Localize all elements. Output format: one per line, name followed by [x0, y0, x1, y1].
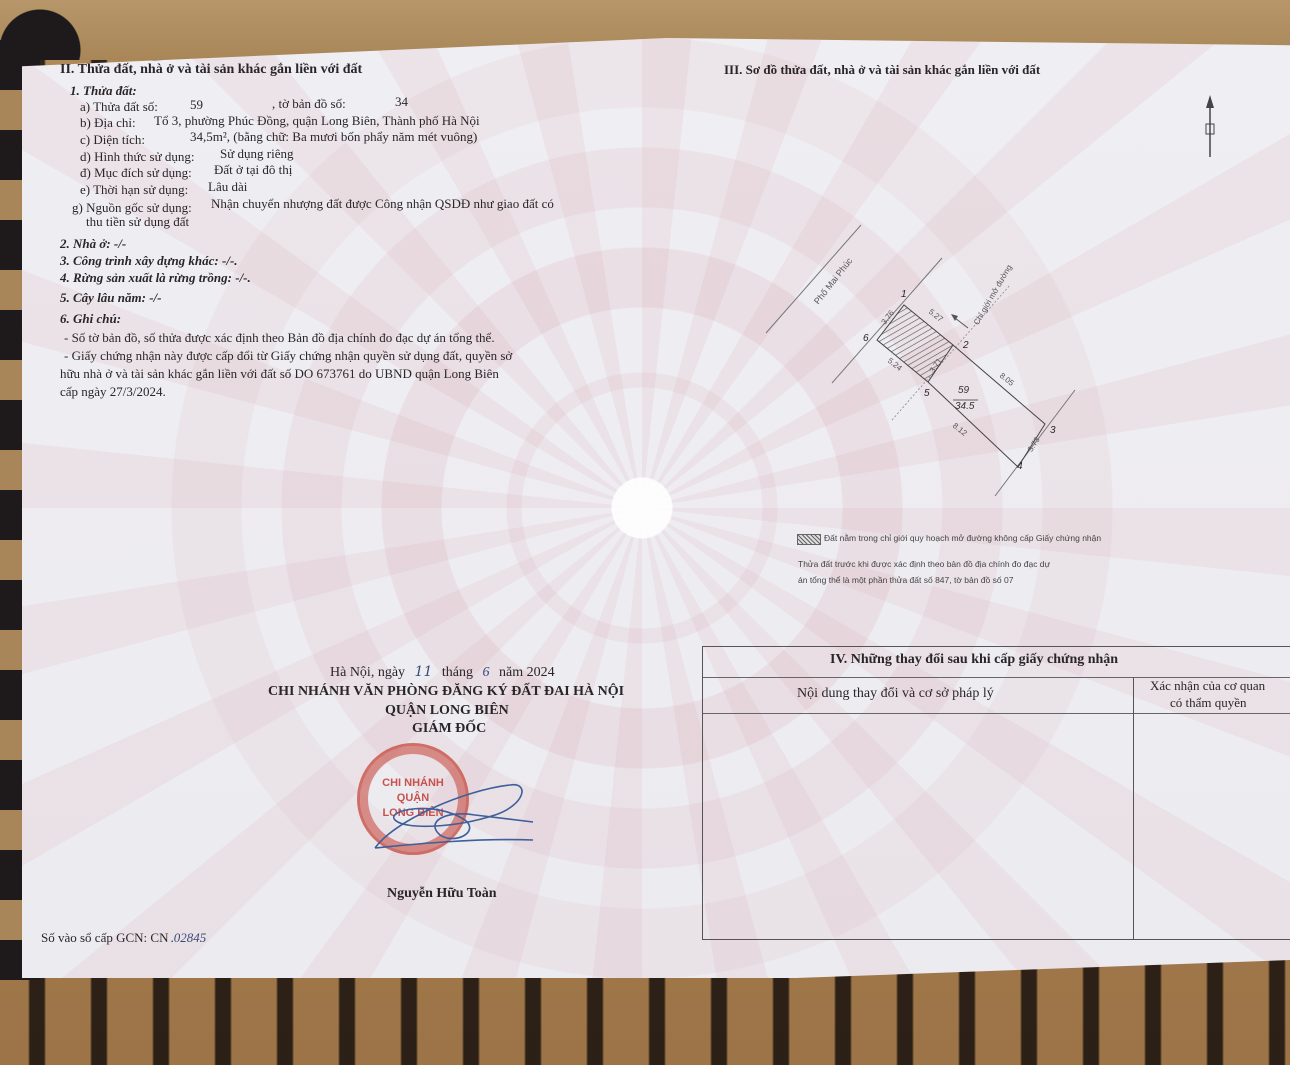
signer-name: Nguyễn Hữu Toàn: [387, 886, 497, 902]
point-5: 5: [924, 388, 930, 399]
date-day: 11: [415, 664, 433, 680]
position-title: GIÁM ĐỐC: [412, 721, 486, 737]
diagram-note-line1: Thửa đất trước khi được xác định theo bả…: [798, 559, 1050, 569]
point-4: 4: [1017, 461, 1023, 472]
changes-col1-header: Nội dung thay đổi và cơ sở pháp lý: [797, 686, 994, 702]
point-1: 1: [901, 289, 907, 300]
month-label: tháng: [442, 665, 473, 680]
diagram-note-line2: án tổng thể là một phần thửa đất số 847,…: [798, 575, 1013, 585]
changes-col2-header-line2: có thẩm quyền: [1170, 695, 1247, 711]
signature-scribble: [355, 760, 535, 860]
point-6: 6: [863, 333, 869, 344]
changes-col2-header-line1: Xác nhận của cơ quan: [1150, 678, 1265, 694]
point-3: 3: [1050, 425, 1056, 436]
registry-value: 02845: [174, 930, 207, 945]
date-month: 6: [482, 665, 489, 680]
parcel-area-diagram: 34.5: [955, 401, 974, 412]
org-line2: QUẬN LONG BIÊN: [385, 703, 509, 719]
place-date: Hà Nội, ngày 11 tháng 6 năm 2024: [330, 664, 555, 681]
parcel-number-diagram: 59: [958, 385, 969, 396]
org-line1: CHI NHÁNH VĂN PHÒNG ĐĂNG KÝ ĐẤT ĐAI HÀ N…: [268, 684, 624, 700]
changes-table-divider: [1133, 677, 1134, 939]
hatched-legend-swatch: [797, 534, 821, 545]
year-label: năm 2024: [499, 665, 555, 680]
registry-label: Số vào sổ cấp GCN: CN: [41, 930, 168, 945]
north-arrow-icon: [1206, 95, 1214, 157]
point-2: 2: [963, 340, 969, 351]
registry-number: Số vào sổ cấp GCN: CN.02845: [41, 930, 206, 946]
place-date-prefix: Hà Nội, ngày: [330, 665, 405, 680]
hatched-legend-text: Đất nằm trong chỉ giới quy hoạch mở đườn…: [824, 533, 1101, 543]
section4-title: IV. Những thay đổi sau khi cấp giấy chứn…: [830, 652, 1118, 668]
